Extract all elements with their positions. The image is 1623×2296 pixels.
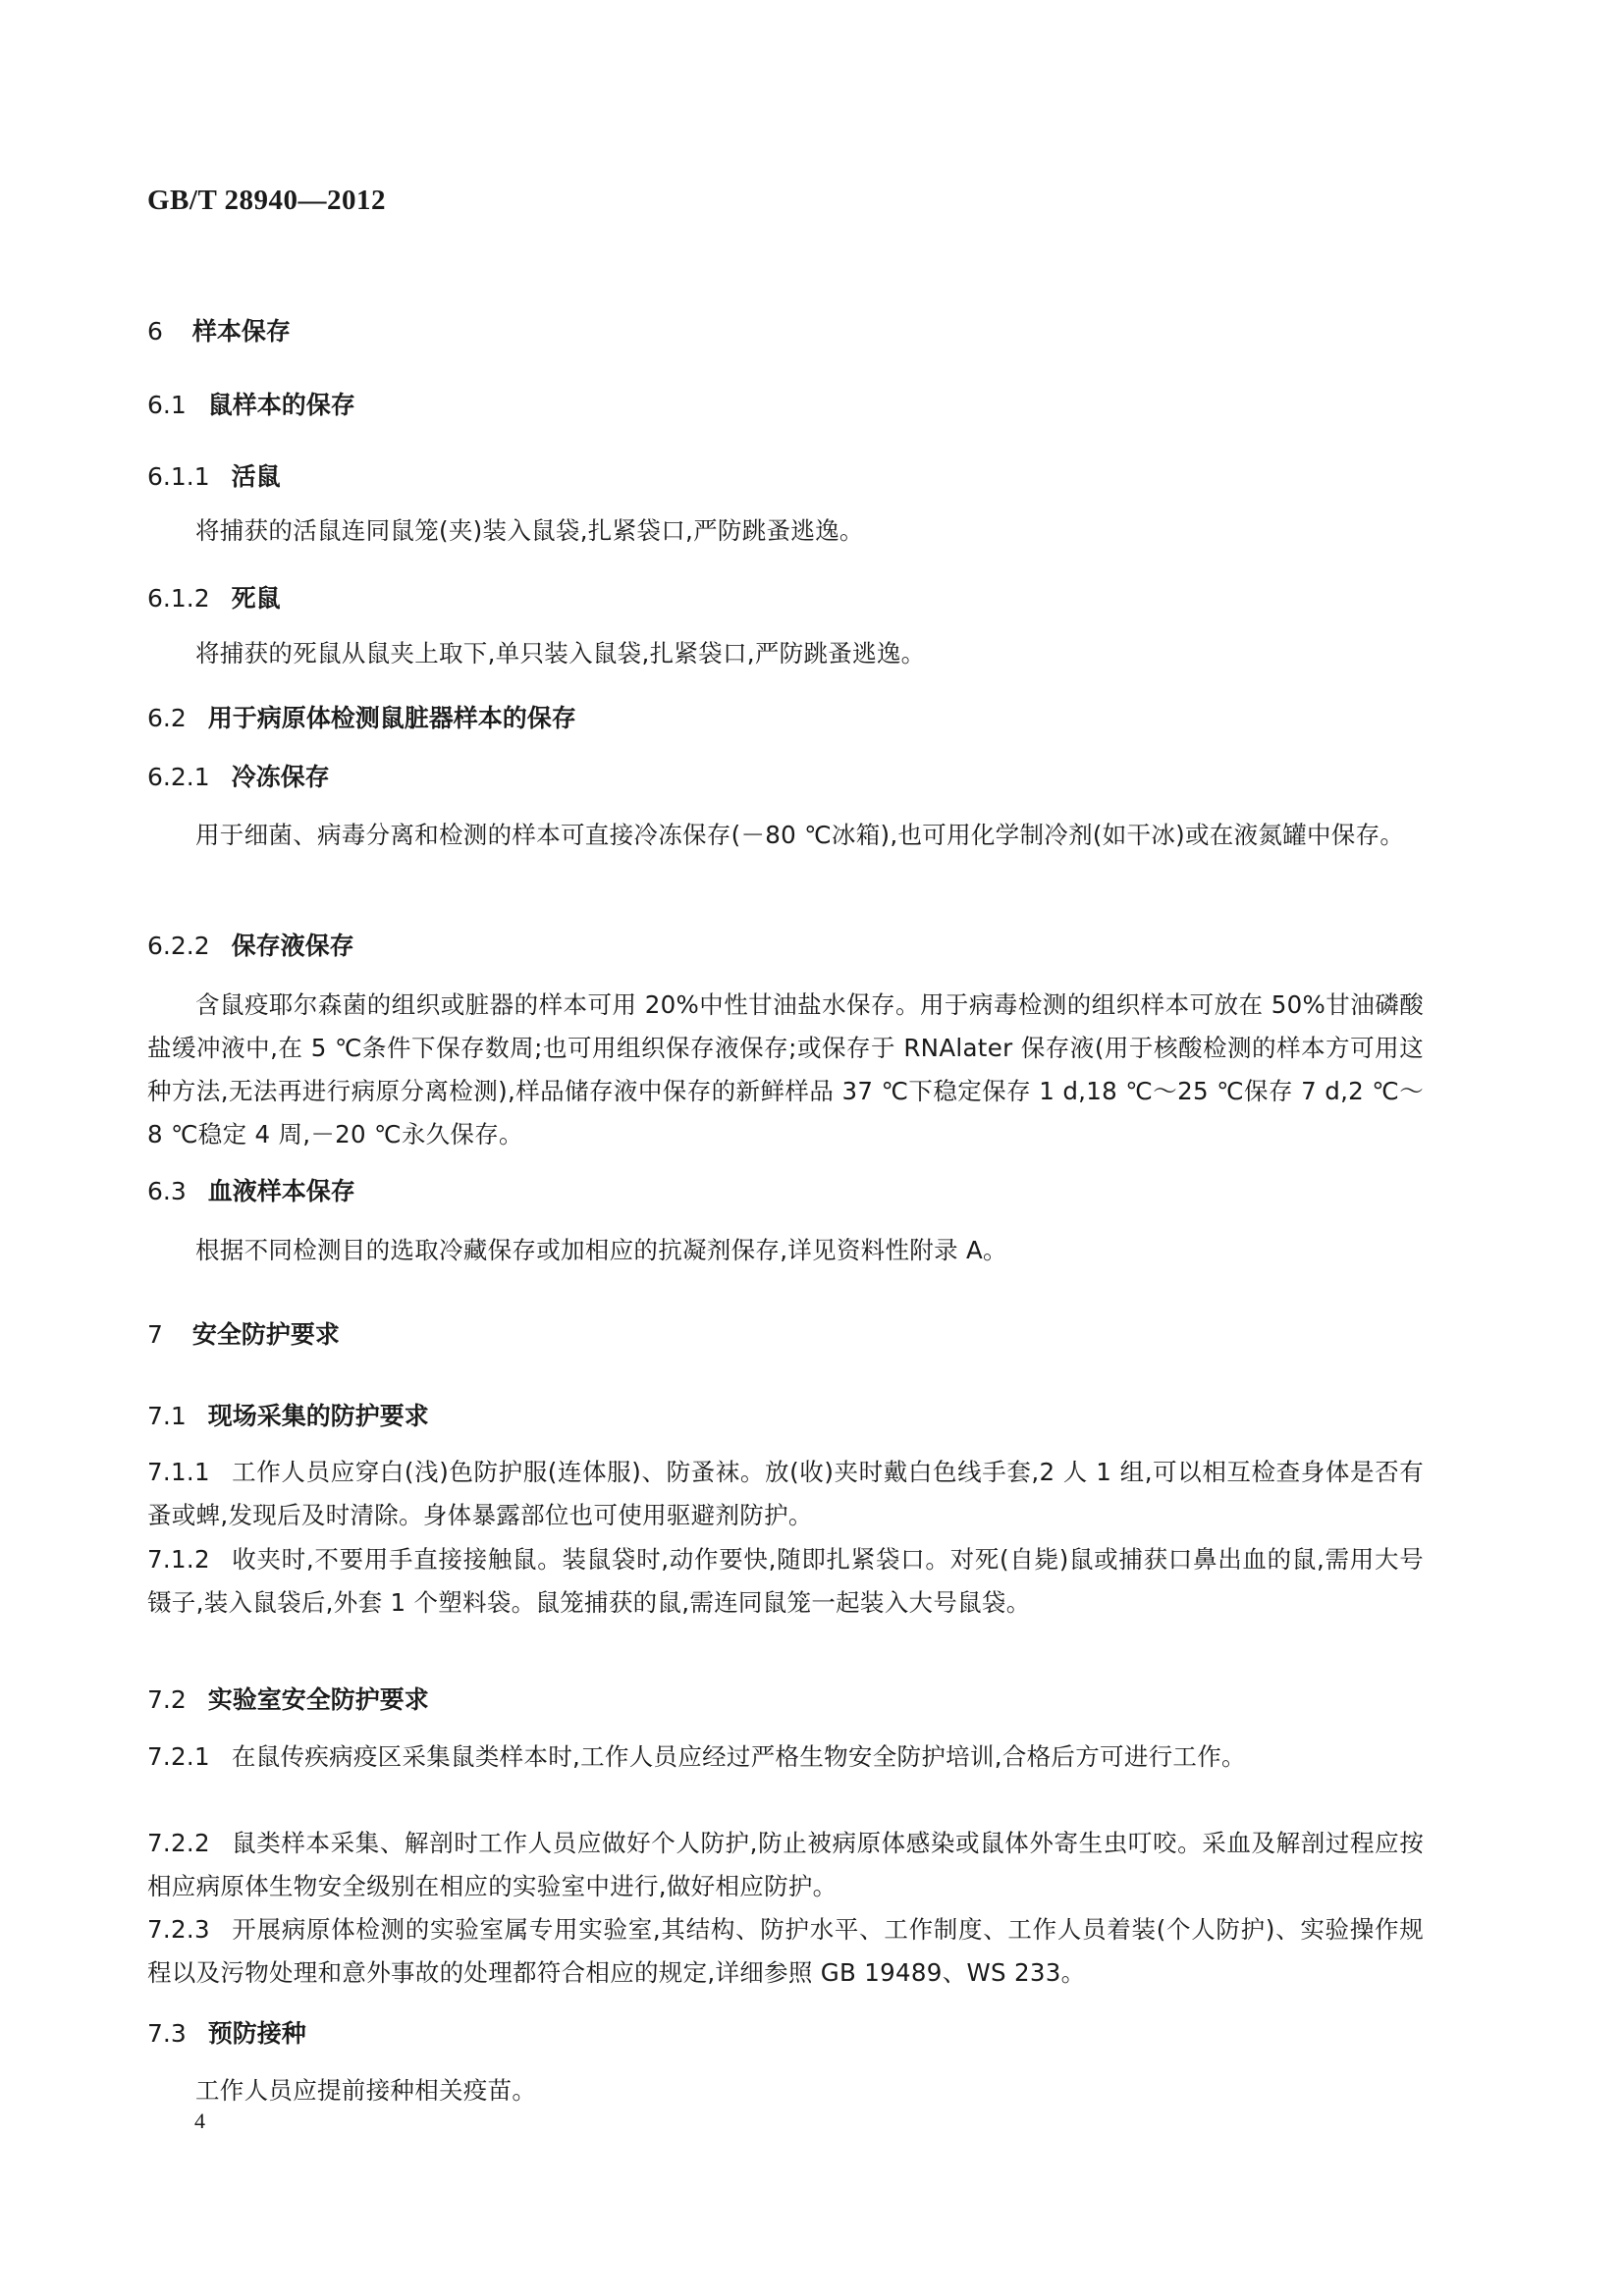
paragraph-6-2-2: 含鼠疫耶尔森菌的组织或脏器的样本可用 20%中性甘油盐水保存。用于病毒检测的组织… [147,984,1424,1156]
section-heading-7-2: 7.2实验室安全防护要求 [147,1681,1424,1716]
paragraph-6-2-1: 用于细菌、病毒分离和检测的样本可直接冷冻保存(－80 ℃冰箱),也可用化学制冷剂… [147,814,1424,857]
paragraph-6-1-2: 将捕获的死鼠从鼠夹上取下,单只装入鼠袋,扎紧袋口,严防跳蚤逃逸。 [147,632,1424,675]
section-heading-7-3: 7.3预防接种 [147,2014,1424,2050]
clause-7-1-2: 7.1.2收夹时,不要用手直接接触鼠。装鼠袋时,动作要快,随即扎紧袋口。对死(自… [147,1538,1424,1625]
section-heading-6: 6样本保存 [147,312,1424,347]
section-heading-6-2-2: 6.2.2保存液保存 [147,927,1424,962]
document-page: GB/T 28940—2012 6样本保存 6.1鼠样本的保存 6.1.1活鼠 … [0,0,1623,2296]
clause-7-1-1: 7.1.1工作人员应穿白(浅)色防护服(连体服)、防蚤袜。放(收)夹时戴白色线手… [147,1451,1424,1537]
paragraph-6-1-1: 将捕获的活鼠连同鼠笼(夹)装入鼠袋,扎紧袋口,严防跳蚤逃逸。 [147,509,1424,553]
section-heading-6-3: 6.3血液样本保存 [147,1172,1424,1207]
section-heading-6-1-2: 6.1.2死鼠 [147,579,1424,614]
section-heading-6-1-1: 6.1.1活鼠 [147,457,1424,493]
section-heading-7-1: 7.1现场采集的防护要求 [147,1397,1424,1432]
paragraph-7-3: 工作人员应提前接种相关疫苗。 [147,2069,1424,2112]
page-number: 4 [194,2109,205,2134]
paragraph-6-3: 根据不同检测目的选取冷藏保存或加相应的抗凝剂保存,详见资料性附录 A。 [147,1229,1424,1272]
section-heading-6-1: 6.1鼠样本的保存 [147,386,1424,421]
section-heading-7: 7安全防护要求 [147,1315,1424,1351]
section-heading-6-2: 6.2用于病原体检测鼠脏器样本的保存 [147,699,1424,734]
clause-7-2-3: 7.2.3开展病原体检测的实验室属专用实验室,其结构、防护水平、工作制度、工作人… [147,1908,1424,1995]
section-heading-6-2-1: 6.2.1冷冻保存 [147,758,1424,793]
clause-7-2-2: 7.2.2鼠类样本采集、解剖时工作人员应做好个人防护,防止被病原体感染或鼠体外寄… [147,1822,1424,1908]
standard-code-header: GB/T 28940—2012 [147,185,386,217]
clause-7-2-1: 7.2.1在鼠传疾病疫区采集鼠类样本时,工作人员应经过严格生物安全防护培训,合格… [147,1735,1424,1779]
